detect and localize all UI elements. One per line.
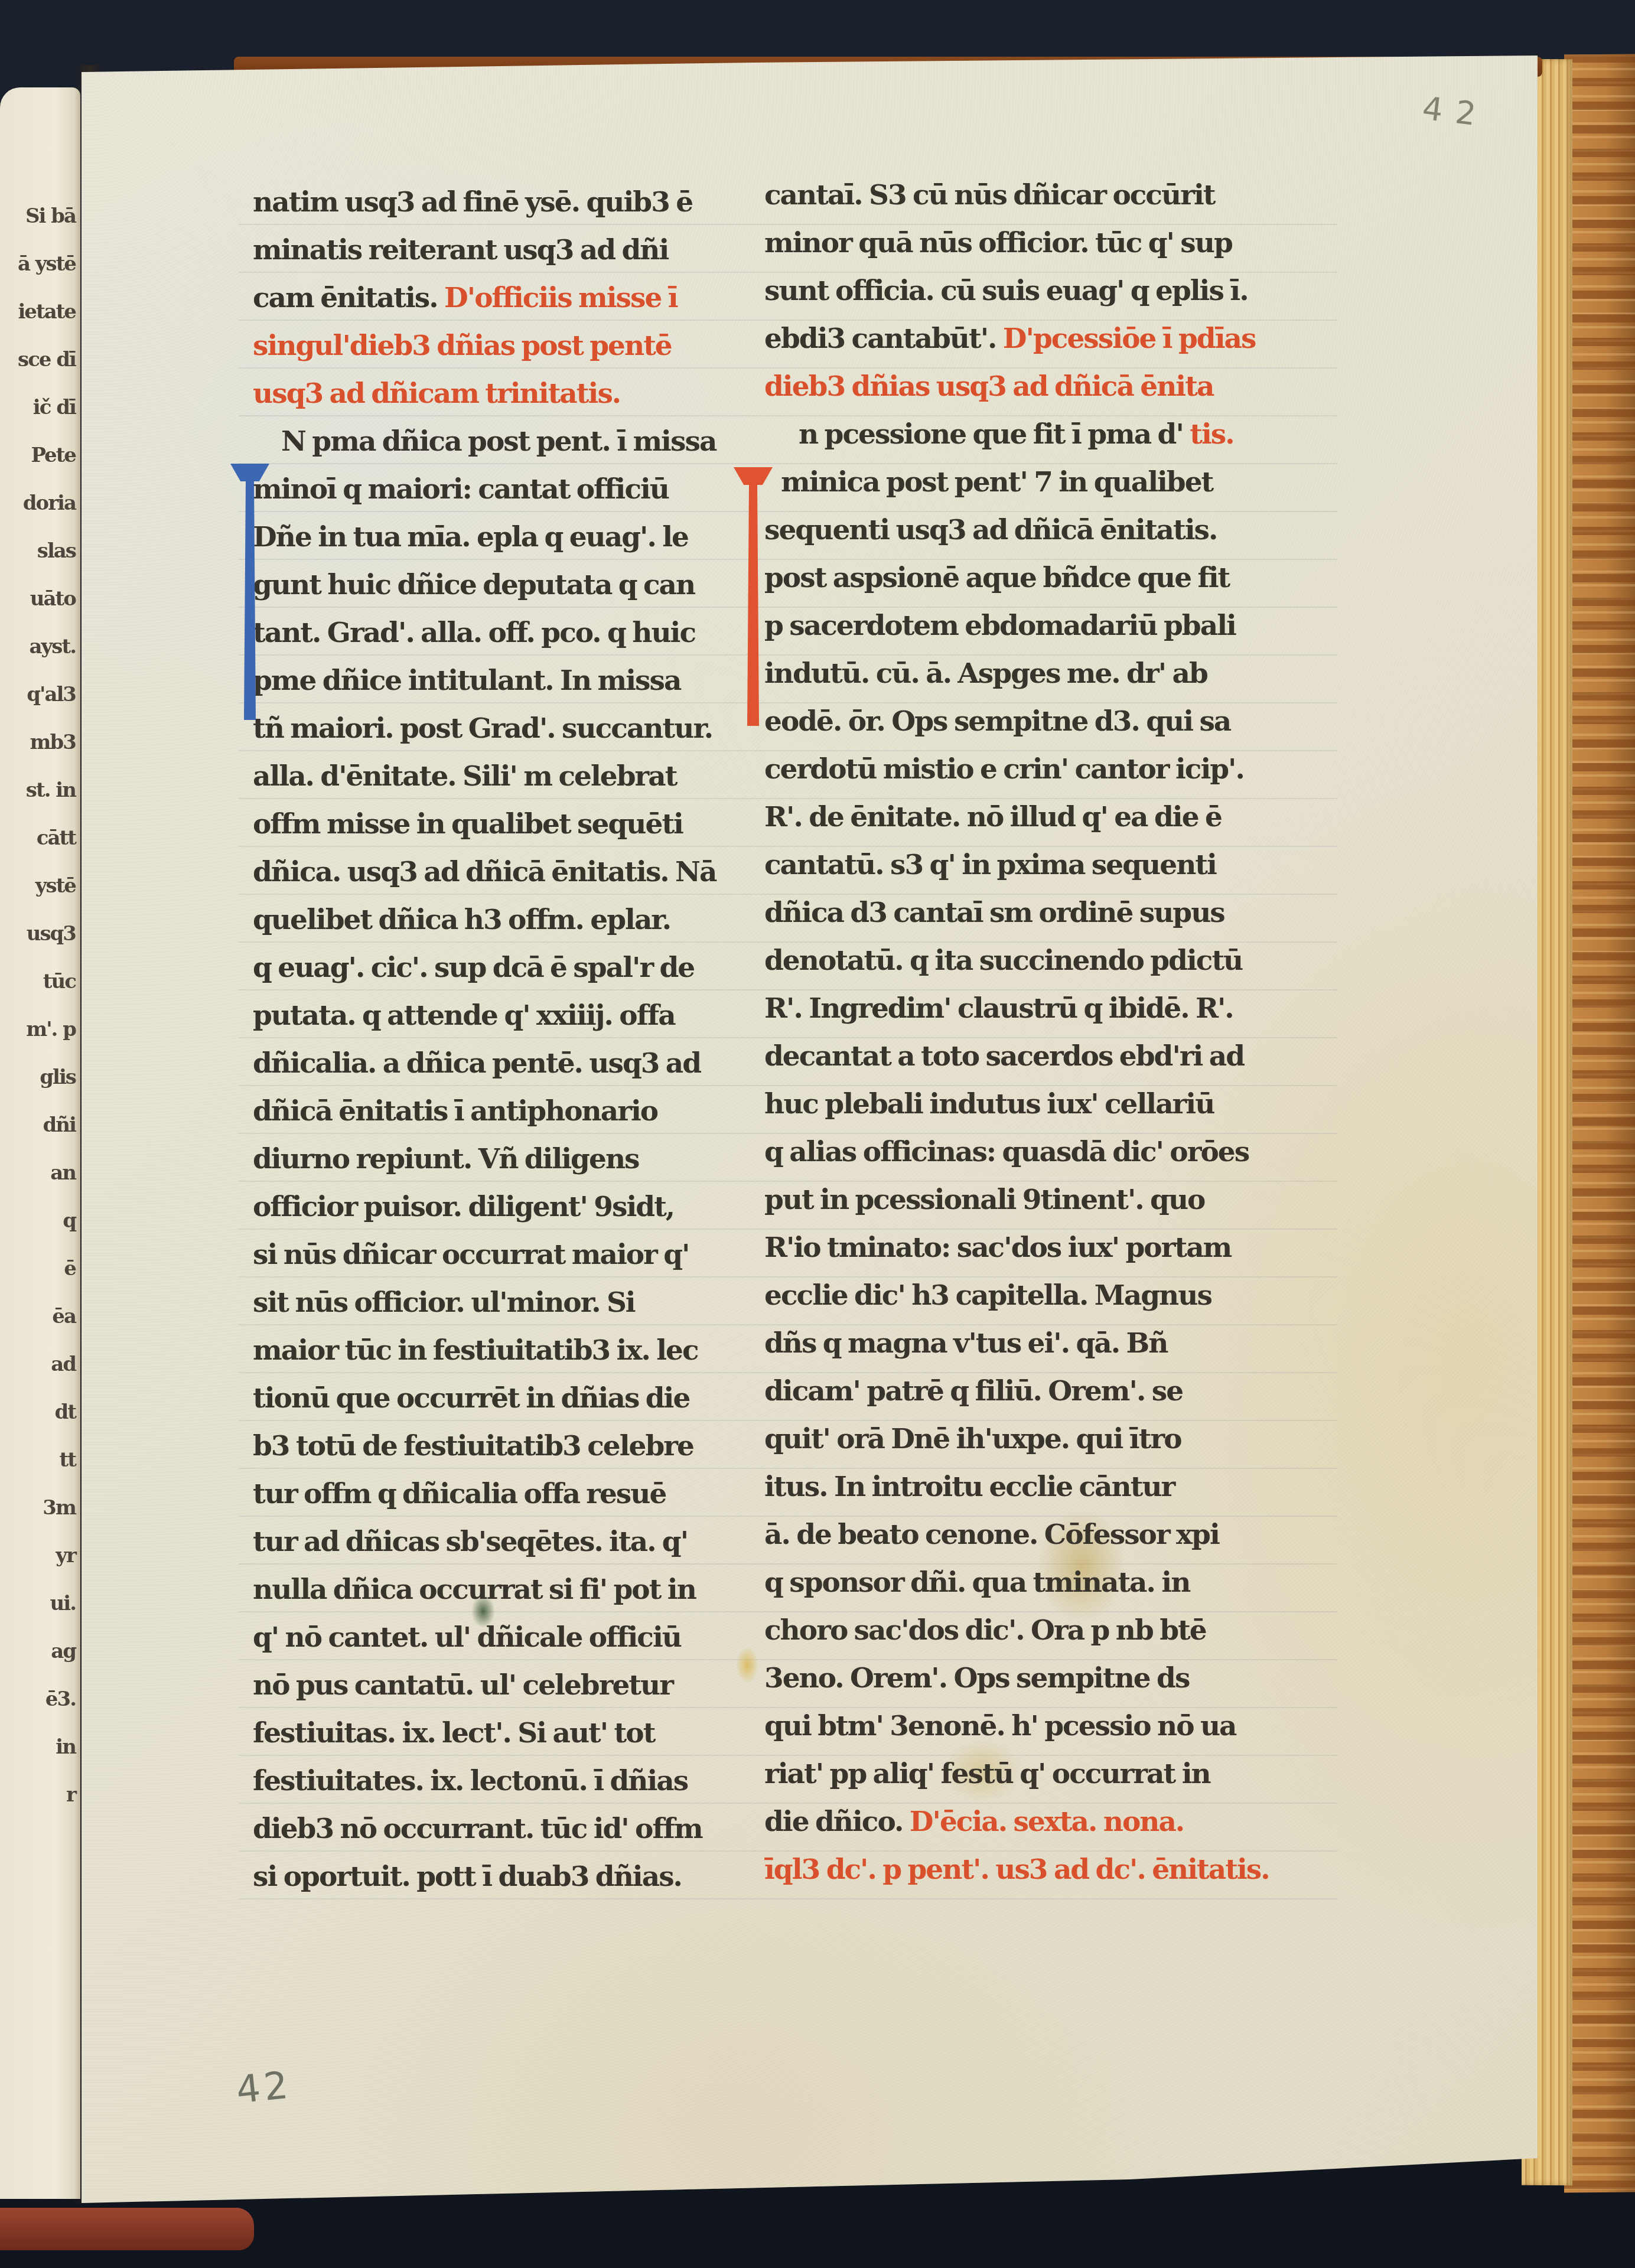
text-line: 3eno. Orem'. Ops sempitne ds xyxy=(764,1654,1334,1702)
body-text: p sacerdotem ebdomadariū pbali xyxy=(764,610,1236,642)
body-text: natim usq3 ad finē ysē. quib3 ē xyxy=(253,186,692,219)
body-text: die dñico. xyxy=(764,1806,910,1838)
body-text: sunt officia. cū suis euag' q eplis ī. xyxy=(764,275,1248,307)
rubric-text: D'pcessiōe ī pdīas xyxy=(1003,322,1256,355)
facing-page-text-fragment: yr xyxy=(0,1532,80,1580)
text-line: tant. Grad'. alla. off. pco. q huic xyxy=(253,609,737,657)
text-line: cerdotū mistio e crin' cantor icip'. xyxy=(764,745,1334,793)
facing-page-text-fragment: glis xyxy=(0,1054,80,1102)
text-line: quit' orā Dnē ih'uxpe. qui ītro xyxy=(764,1415,1334,1463)
text-column-right: cantaī. S3 cū nūs dñicar occūritminor qu… xyxy=(764,171,1334,1894)
text-line: decantat a toto sacerdos ebd'ri ad xyxy=(764,1032,1334,1080)
text-line: si nūs dñicar occurrat maior q' xyxy=(253,1231,737,1279)
body-text: q euag'. cic'. sup dcā ē spal'r de xyxy=(253,951,694,984)
rubric-text: tis. xyxy=(1190,418,1233,451)
rubric-text: D'ēcia. sexta. nona. xyxy=(910,1806,1184,1838)
body-text: ecclie dic' h3 capitella. Magnus xyxy=(764,1279,1211,1312)
body-text: itus. In introitu ecclie cāntur xyxy=(764,1471,1174,1503)
text-line: cantaī. S3 cū nūs dñicar occūrit xyxy=(764,171,1334,219)
text-line: itus. In introitu ecclie cāntur xyxy=(764,1463,1334,1511)
facing-page-text-fragment: ē xyxy=(0,1245,80,1293)
facing-page-text-fragment: sce dī xyxy=(0,336,80,384)
body-text: dicam' patrē q filiū. Orem'. se xyxy=(764,1375,1183,1407)
text-line: usq3 ad dñicam trinitatis. xyxy=(253,370,737,418)
body-text: decantat a toto sacerdos ebd'ri ad xyxy=(764,1040,1244,1073)
text-line: īql3 dc'. p pent'. us3 ad dc'. ēnitatis. xyxy=(764,1846,1334,1894)
rubric-text: īql3 dc'. p pent'. us3 ad dc'. ēnitatis. xyxy=(764,1853,1269,1886)
text-line: officior puisor. diligent' 9sidt, xyxy=(253,1183,737,1231)
body-text: tionū que occurrēt in dñias die xyxy=(253,1382,689,1415)
body-text: choro sac'dos dic'. Ora p nb btē xyxy=(764,1614,1206,1647)
text-line: q sponsor dñi. qua tminata. in xyxy=(764,1559,1334,1606)
body-text: offm misse in qualibet sequēti xyxy=(253,808,683,840)
text-line: alla. d'ēnitate. Sili' m celebrat xyxy=(253,752,737,800)
text-line: gunt huic dñice deputata q can xyxy=(253,561,737,609)
body-text: dñicalia. a dñica pentē. usq3 ad xyxy=(253,1047,701,1080)
initial-stem xyxy=(244,481,256,720)
text-line: R'. de ēnitate. nō illud q' ea die ē xyxy=(764,793,1334,841)
body-text: tur offm q dñicalia offa resuē xyxy=(253,1478,666,1510)
text-line: R'. Ingredim' claustrū q ibidē. R'. xyxy=(764,985,1334,1032)
facing-page-text-fragment: ui. xyxy=(0,1580,80,1628)
facing-page-text-fragment: ē3. xyxy=(0,1676,80,1723)
facing-page-text-fragment: m'. p xyxy=(0,1006,80,1054)
facing-page-text-fragment: q xyxy=(0,1197,80,1245)
body-text: si oportuit. pott ī duab3 dñias. xyxy=(253,1860,682,1893)
body-text: pme dñice intitulant. In missa xyxy=(253,664,681,697)
text-line: offm misse in qualibet sequēti xyxy=(253,800,737,848)
text-line: dñs q magna v'tus ei'. qā. Bñ xyxy=(764,1319,1334,1367)
body-text: dieb3 nō occurrant. tūc id' offm xyxy=(253,1813,702,1845)
text-line: tur ad dñicas sb'seqētes. ita. q' xyxy=(253,1518,737,1566)
body-text: riat' pp aliq' festū q' occurrat in xyxy=(764,1758,1210,1790)
text-line: huc plebali indutus iux' cellariū xyxy=(764,1080,1334,1128)
text-line: choro sac'dos dic'. Ora p nb btē xyxy=(764,1606,1334,1654)
text-line: b3 totū de festiuitatib3 celebre xyxy=(253,1422,737,1470)
facing-page-text-fragment: slas xyxy=(0,527,80,575)
text-line: minoī q maiori: cantat officiū xyxy=(253,465,737,513)
body-text: post aspsionē aque bñdce que fit xyxy=(764,562,1229,594)
facing-page-text-fragment: Pete xyxy=(0,432,80,480)
text-line: p sacerdotem ebdomadariū pbali xyxy=(764,602,1334,650)
rubric-text: D'officiis misse ī xyxy=(444,282,678,314)
text-line: post aspsionē aque bñdce que fit xyxy=(764,554,1334,602)
facing-page-text-fragment: an xyxy=(0,1149,80,1197)
body-text: q sponsor dñi. qua tminata. in xyxy=(764,1566,1190,1599)
body-text: cantaī. S3 cū nūs dñicar occūrit xyxy=(764,179,1214,211)
body-text: minica post pent' 7 in qualibet xyxy=(781,466,1213,498)
body-text: N pma dñica post pent. ī missa xyxy=(281,425,716,458)
body-text: quelibet dñica h3 offm. eplar. xyxy=(253,904,670,936)
text-line: sunt officia. cū suis euag' q eplis ī. xyxy=(764,267,1334,315)
body-text: gunt huic dñice deputata q can xyxy=(253,569,695,601)
text-line: dñicalia. a dñica pentē. usq3 ad xyxy=(253,1039,737,1087)
body-text: Dñe in tua mīa. epla q euag'. le xyxy=(253,521,688,553)
body-text: minoī q maiori: cantat officiū xyxy=(253,473,669,506)
body-text: alla. d'ēnitate. Sili' m celebrat xyxy=(253,760,676,793)
body-text: R'. Ingredim' claustrū q ibidē. R'. xyxy=(764,992,1233,1025)
body-text: 3eno. Orem'. Ops sempitne ds xyxy=(764,1662,1189,1695)
text-line: minica post pent' 7 in qualibet xyxy=(764,458,1334,506)
text-line: singul'dieb3 dñias post pentē xyxy=(253,322,737,370)
text-line: nulla dñica occurrat si fi' pot in xyxy=(253,1566,737,1614)
facing-page-text-fragment: ēa xyxy=(0,1293,80,1341)
text-line: cam ēnitatis. D'officiis misse ī xyxy=(253,274,737,322)
initial-top-serif xyxy=(734,467,773,485)
text-line: festiuitas. ix. lect'. Si aut' tot xyxy=(253,1709,737,1757)
body-text: R'. de ēnitate. nō illud q' ea die ē xyxy=(764,801,1222,833)
initial-top-serif xyxy=(230,464,269,481)
facing-page-text-fragment: ayst. xyxy=(0,623,80,671)
body-text: quit' orā Dnē ih'uxpe. qui ītro xyxy=(764,1423,1181,1455)
facing-page-text-fragment: mb3 xyxy=(0,719,80,767)
text-line: riat' pp aliq' festū q' occurrat in xyxy=(764,1750,1334,1798)
text-line: nō pus cantatū. ul' celebretur xyxy=(253,1661,737,1709)
text-line: pme dñice intitulant. In missa xyxy=(253,657,737,705)
body-text: b3 totū de festiuitatib3 celebre xyxy=(253,1430,693,1462)
text-line: festiuitates. ix. lectonū. ī dñias xyxy=(253,1757,737,1805)
body-text: cerdotū mistio e crin' cantor icip'. xyxy=(764,753,1244,786)
text-column-left: natim usq3 ad finē ysē. quib3 ēminatis r… xyxy=(253,178,737,1901)
facing-page-text-fragment: ag xyxy=(0,1628,80,1676)
body-text: q' nō cantet. ul' dñicale officiū xyxy=(253,1621,681,1654)
rubric-text: singul'dieb3 dñias post pentē xyxy=(253,330,672,362)
text-line: dieb3 nō occurrant. tūc id' offm xyxy=(253,1805,737,1853)
body-text: maior tūc in festiuitatib3 ix. lec xyxy=(253,1334,698,1367)
text-line: maior tūc in festiuitatib3 ix. lec xyxy=(253,1327,737,1374)
text-line: qui btm' 3enonē. h' pcessio nō ua xyxy=(764,1702,1334,1750)
body-text: nō pus cantatū. ul' celebretur xyxy=(253,1669,673,1702)
body-text: minatis reiterant usq3 ad dñi xyxy=(253,234,668,266)
text-line: tñ maiori. post Grad'. succantur. xyxy=(253,705,737,752)
facing-page-text-fragment: 3m xyxy=(0,1484,80,1532)
body-text: putata. q attende q' xxiiij. offa xyxy=(253,999,675,1032)
text-line: dñica. usq3 ad dñicā ēnitatis. Nā xyxy=(253,848,737,896)
text-line: q' nō cantet. ul' dñicale officiū xyxy=(253,1614,737,1661)
body-text: dñs q magna v'tus ei'. qā. Bñ xyxy=(764,1327,1167,1360)
facing-page-text-fragment: uāto xyxy=(0,575,80,623)
body-text: n pcessione que fit ī pma d' xyxy=(799,418,1190,451)
text-line: sit nūs officior. ul'minor. Si xyxy=(253,1279,737,1327)
binding-leather-bottom xyxy=(0,2208,254,2250)
body-text: sequenti usq3 ad dñicā ēnitatis. xyxy=(764,514,1217,546)
facing-page-text-fragment: ystē xyxy=(0,862,80,910)
text-line: ebdi3 cantabūt'. D'pcessiōe ī pdīas xyxy=(764,315,1334,363)
body-text: tur ad dñicas sb'seqētes. ita. q' xyxy=(253,1526,688,1558)
text-line: cantatū. s3 q' in pxima sequenti xyxy=(764,841,1334,889)
body-text: tñ maiori. post Grad'. succantur. xyxy=(253,712,712,745)
body-text: dñicā ēnitatis ī antiphonario xyxy=(253,1095,657,1128)
facing-page-edge: Si bāā ystēietatesce dīič dīPetedoriasla… xyxy=(0,87,80,2199)
text-line: Dñe in tua mīa. epla q euag'. le xyxy=(253,513,737,561)
text-line: minor quā nūs officior. tūc q' sup xyxy=(764,219,1334,267)
text-line: ā. de beato cenone. Cōfessor xpi xyxy=(764,1511,1334,1559)
manuscript-photo: Si bāā ystēietatesce dīič dīPetedoriasla… xyxy=(0,0,1635,2268)
facing-page-text-fragment: in xyxy=(0,1723,80,1771)
text-line: dieb3 dñias usq3 ad dñicā ēnita xyxy=(764,363,1334,410)
folio-number-bottom: 42 xyxy=(234,2063,294,2112)
facing-page-text-fragment: st. in xyxy=(0,767,80,814)
body-text: cantatū. s3 q' in pxima sequenti xyxy=(764,849,1216,881)
body-text: si nūs dñicar occurrat maior q' xyxy=(253,1239,689,1271)
facing-page-text-fragment: ad xyxy=(0,1341,80,1389)
facing-page-text-fragment: doria xyxy=(0,480,80,527)
text-line: tionū que occurrēt in dñias die xyxy=(253,1374,737,1422)
initial-stem xyxy=(747,485,759,726)
body-text: eodē. ōr. Ops sempitne d3. qui sa xyxy=(764,705,1230,738)
text-line: diurno repiunt. Vñ diligens xyxy=(253,1135,737,1183)
text-line: indutū. cū. ā. Aspges me. dr' ab xyxy=(764,650,1334,698)
body-text: officior puisor. diligent' 9sidt, xyxy=(253,1191,674,1223)
text-line: si oportuit. pott ī duab3 dñias. xyxy=(253,1853,737,1901)
text-line: die dñico. D'ēcia. sexta. nona. xyxy=(764,1798,1334,1846)
parchment-stain xyxy=(736,1647,758,1683)
facing-page-text-fragment: cātt xyxy=(0,814,80,862)
text-line: n pcessione que fit ī pma d' tis. xyxy=(764,410,1334,458)
text-line: R'io tminato: sac'dos iux' portam xyxy=(764,1224,1334,1272)
text-line: q alias officinas: quasdā dic' orōes xyxy=(764,1128,1334,1176)
text-line: put in pcessionali 9tinent'. quo xyxy=(764,1176,1334,1224)
facing-page-text-fragment: dñi xyxy=(0,1102,80,1149)
text-line: quelibet dñica h3 offm. eplar. xyxy=(253,896,737,944)
text-line: minatis reiterant usq3 ad dñi xyxy=(253,226,737,274)
text-line: ecclie dic' h3 capitella. Magnus xyxy=(764,1272,1334,1319)
body-text: ā. de beato cenone. Cōfessor xpi xyxy=(764,1518,1219,1551)
rubric-text: usq3 ad dñicam trinitatis. xyxy=(253,377,620,410)
body-text: ebdi3 cantabūt'. xyxy=(764,322,1003,355)
text-line: q euag'. cic'. sup dcā ē spal'r de xyxy=(253,944,737,992)
facing-page-text-fragment: q'al3 xyxy=(0,671,80,719)
facing-page-text-fragment: ā ystē xyxy=(0,240,80,288)
body-text: minor quā nūs officior. tūc q' sup xyxy=(764,227,1232,259)
body-text: nulla dñica occurrat si fi' pot in xyxy=(253,1573,696,1606)
rubric-text: dieb3 dñias usq3 ad dñicā ēnita xyxy=(764,370,1213,403)
body-text: dñica. usq3 ad dñicā ēnitatis. Nā xyxy=(253,856,716,888)
body-text: festiuitates. ix. lectonū. ī dñias xyxy=(253,1765,688,1797)
body-text: denotatū. q ita succinendo pdictū xyxy=(764,944,1242,977)
body-text: cam ēnitatis. xyxy=(253,282,444,314)
body-text: dñica d3 cantaī sm ordinē supus xyxy=(764,897,1224,929)
facing-page-text-fragment: ič dī xyxy=(0,384,80,432)
text-line: N pma dñica post pent. ī missa xyxy=(253,418,737,465)
body-text: q alias officinas: quasdā dic' orōes xyxy=(764,1136,1249,1168)
facing-page-text-fragment: Si bā xyxy=(0,193,80,240)
body-text: huc plebali indutus iux' cellariū xyxy=(764,1088,1214,1120)
body-text: put in pcessionali 9tinent'. quo xyxy=(764,1184,1204,1216)
body-text: tant. Grad'. alla. off. pco. q huic xyxy=(253,617,695,649)
facing-page-text-fragment: ietate xyxy=(0,288,80,336)
body-text: festiuitas. ix. lect'. Si aut' tot xyxy=(253,1717,654,1749)
text-line: eodē. ōr. Ops sempitne d3. qui sa xyxy=(764,698,1334,745)
text-line: tur offm q dñicalia offa resuē xyxy=(253,1470,737,1518)
facing-page-text-fragment: r xyxy=(0,1771,80,1819)
illuminated-initial-red-I: I xyxy=(734,456,773,726)
illuminated-initial-blue-I: I xyxy=(230,452,269,720)
text-line: dñica d3 cantaī sm ordinē supus xyxy=(764,889,1334,937)
body-text: R'io tminato: sac'dos iux' portam xyxy=(764,1231,1231,1264)
body-text: qui btm' 3enonē. h' pcessio nō ua xyxy=(764,1710,1236,1742)
facing-page-text-fragment: tūc xyxy=(0,958,80,1006)
body-text: diurno repiunt. Vñ diligens xyxy=(253,1143,639,1175)
text-line: dicam' patrē q filiū. Orem'. se xyxy=(764,1367,1334,1415)
facing-page-text-fragment: tt xyxy=(0,1436,80,1484)
text-line: natim usq3 ad finē ysē. quib3 ē xyxy=(253,178,737,226)
text-line: dñicā ēnitatis ī antiphonario xyxy=(253,1087,737,1135)
body-text: indutū. cū. ā. Aspges me. dr' ab xyxy=(764,657,1207,690)
text-line: sequenti usq3 ad dñicā ēnitatis. xyxy=(764,506,1334,554)
folio-number-top: 42 xyxy=(1421,89,1491,134)
body-text: sit nūs officior. ul'minor. Si xyxy=(253,1286,635,1319)
book-board-edge xyxy=(1564,54,1635,2193)
facing-page-text-fragment: dt xyxy=(0,1389,80,1436)
facing-page-text-fragment: usq3 xyxy=(0,910,80,958)
text-line: denotatū. q ita succinendo pdictū xyxy=(764,937,1334,985)
text-line: putata. q attende q' xxiiij. offa xyxy=(253,992,737,1039)
